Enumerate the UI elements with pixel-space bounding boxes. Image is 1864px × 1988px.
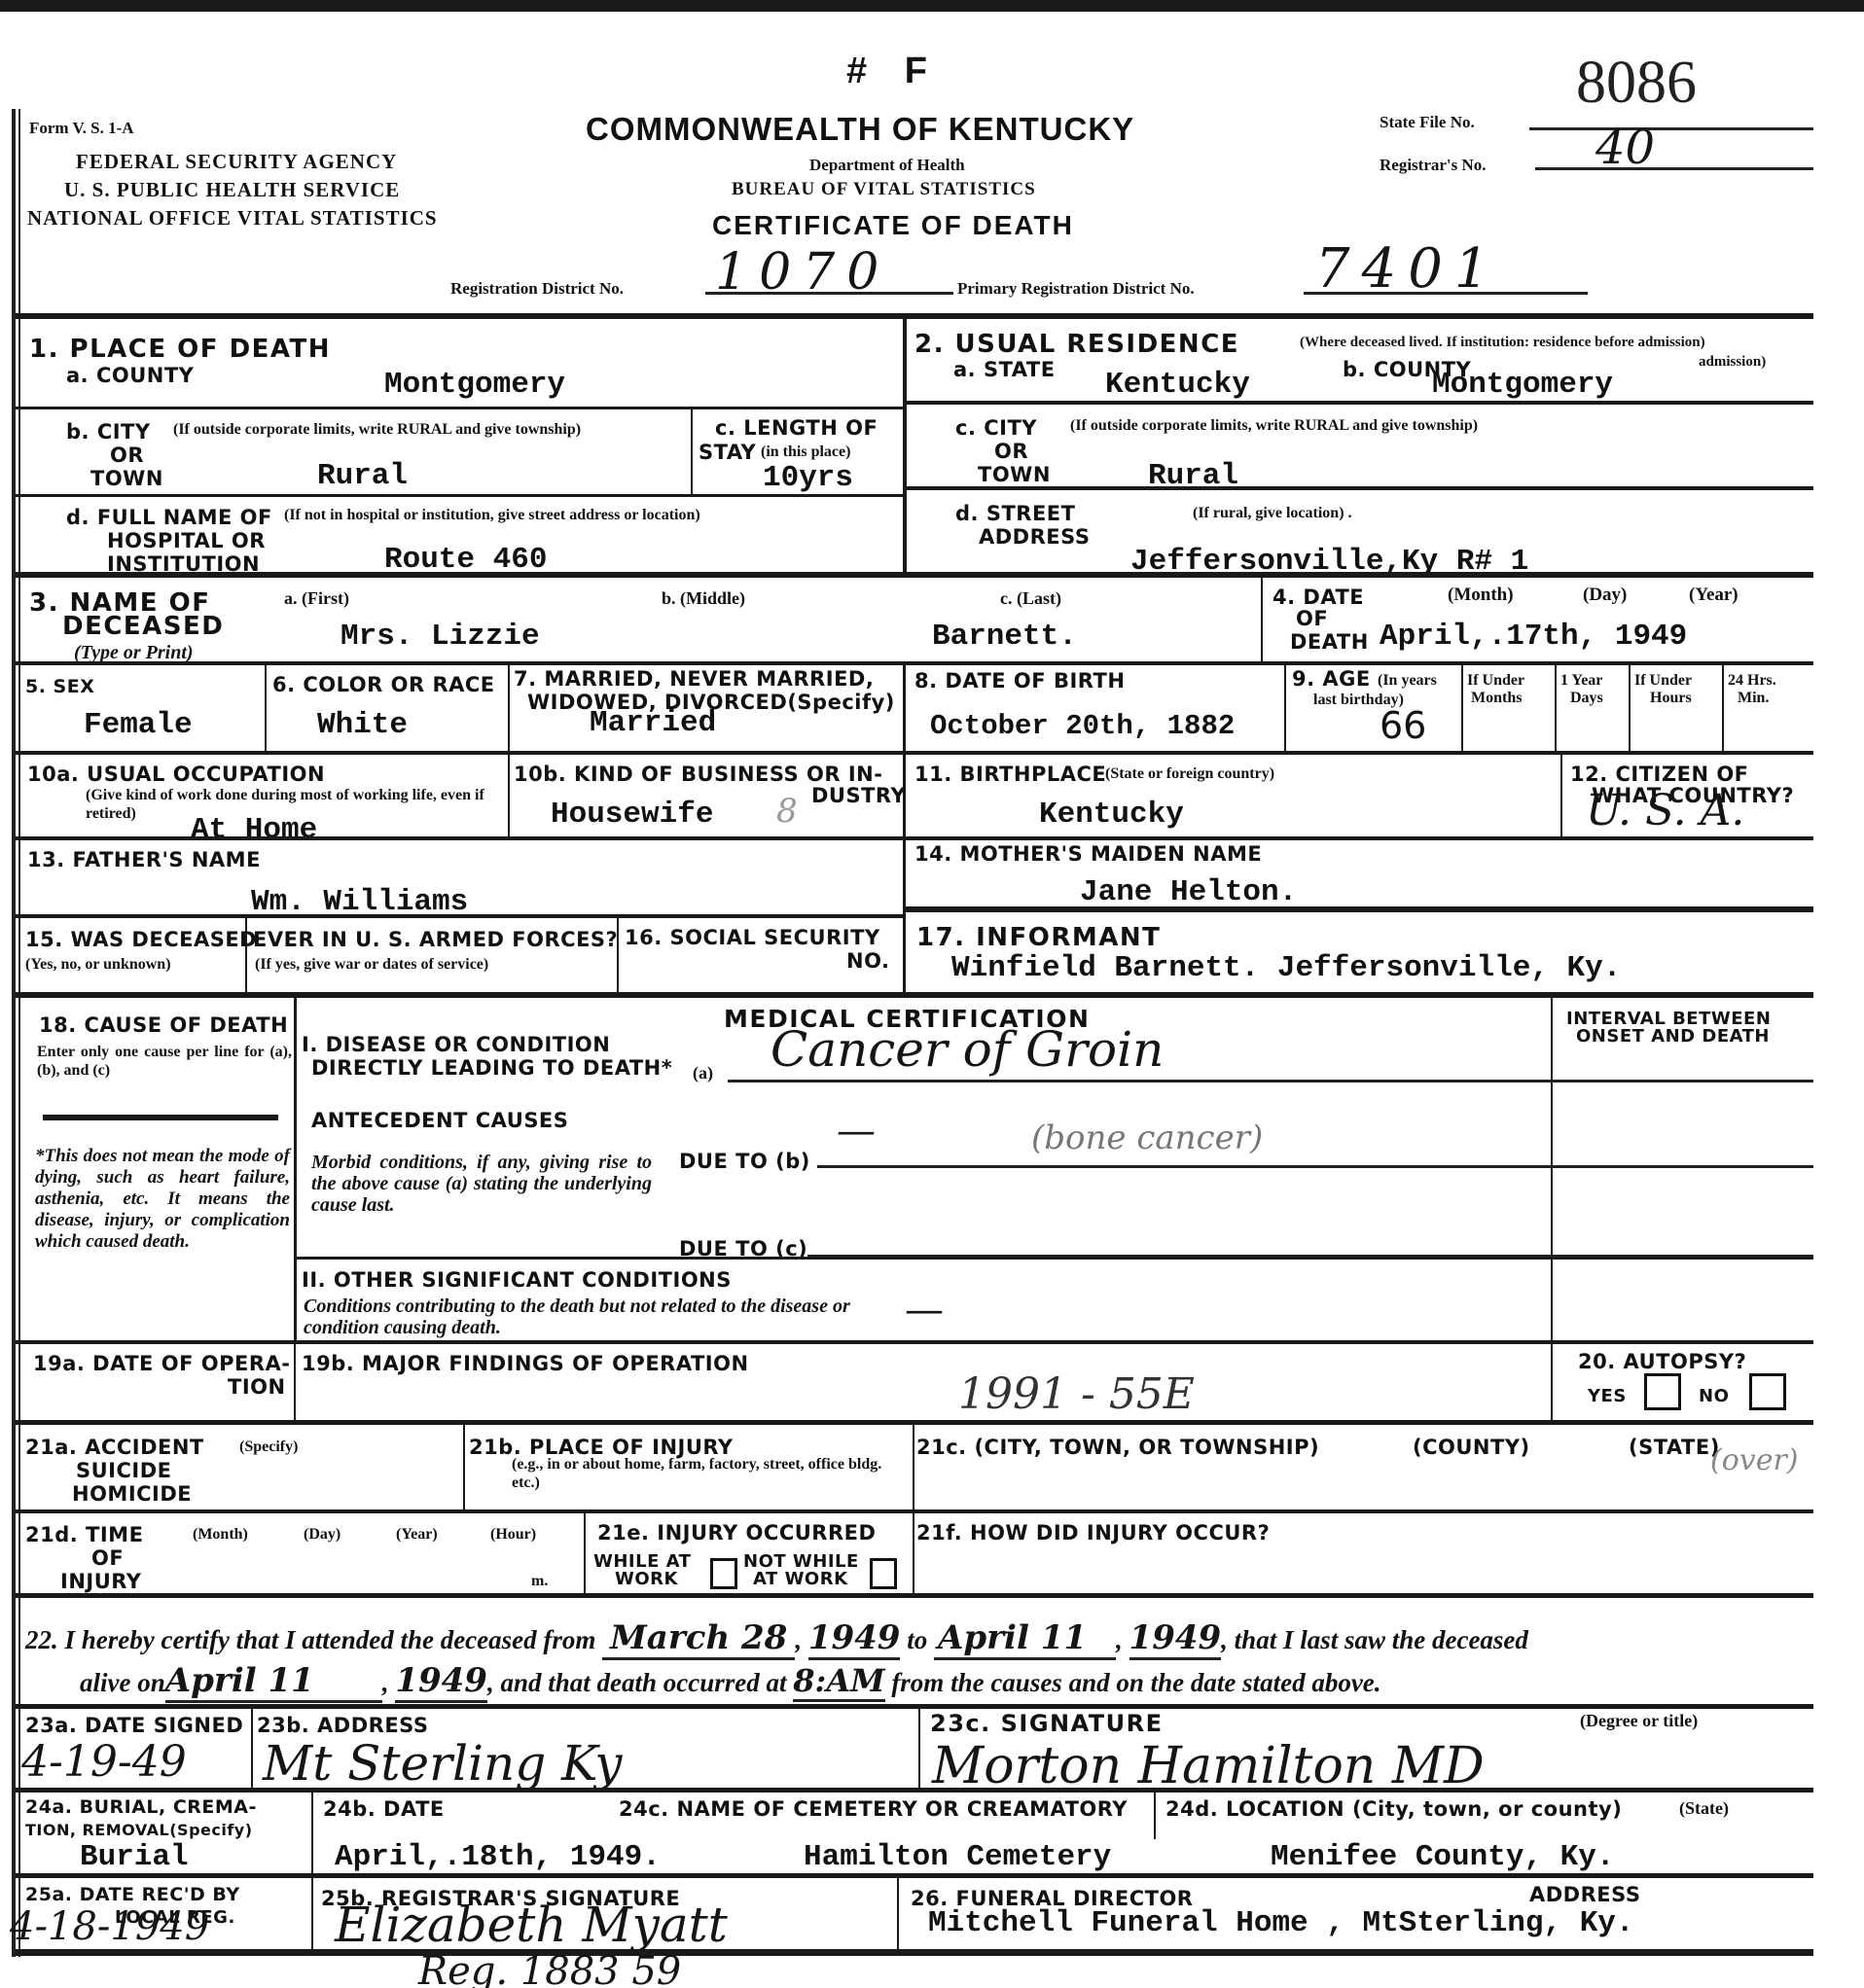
rule <box>16 1949 1813 1956</box>
op-findings-label: 19b. MAJOR FINDINGS OF OPERATION <box>302 1352 749 1375</box>
under1-days-1: 1 Year <box>1560 671 1602 690</box>
middle-name-label: b. (Middle) <box>662 589 745 608</box>
accident-label-2: SUICIDE <box>76 1459 172 1482</box>
divider <box>1154 1793 1156 1839</box>
bottom-scrawl: Reg. 1883 59 <box>418 1949 681 1988</box>
pod-city-label-3: TOWN <box>90 467 163 490</box>
under24-min-1: 24 Hrs. <box>1728 671 1776 690</box>
due-b-label: DUE TO (b) <box>679 1150 810 1173</box>
pod-city-value: Rural <box>317 459 408 493</box>
ur-street-label-1: d. STREET <box>955 502 1075 525</box>
op-date-label-1: 19a. DATE OF OPERA- <box>33 1352 290 1375</box>
divider <box>584 1513 586 1597</box>
divider <box>1560 755 1562 838</box>
op-date-label-2: TION <box>228 1375 286 1399</box>
under24-min-2: Min. <box>1738 689 1769 707</box>
date-signed-value: 4-19-49 <box>21 1737 187 1787</box>
bureau: BUREAU OF VITAL STATISTICS <box>732 179 1036 200</box>
agency-line-3: NATIONAL OFFICE VITAL STATISTICS <box>27 206 438 231</box>
pod-city-label-1: b. CITY <box>66 420 151 444</box>
ssn-label-2: NO. <box>846 949 889 973</box>
left-margin-rule-inner <box>18 109 20 1957</box>
divider <box>1551 998 1553 1344</box>
cert-alive-on: alive on <box>80 1668 165 1697</box>
burial-method-label-1: 24a. BURIAL, CREMA- <box>25 1795 257 1819</box>
injury-place-note: (e.g., in or about home, farm, factory, … <box>512 1455 909 1492</box>
birthplace-label: 11. BIRTHPLACE <box>914 763 1106 786</box>
dod-year-label: (Year) <box>1689 586 1739 604</box>
part2-note: Conditions contributing to the death but… <box>304 1296 868 1338</box>
pod-county-label: a. COUNTY <box>66 364 194 387</box>
divider <box>903 319 907 574</box>
op-findings-value: 1991 - 55E <box>958 1369 1195 1419</box>
injury-county-label: (COUNTY) <box>1413 1436 1530 1459</box>
accident-label-3: HOMICIDE <box>72 1482 192 1506</box>
ur-heading-note-admission: admission) <box>1699 353 1766 372</box>
registrar-no-underline <box>1535 167 1813 170</box>
rule <box>16 1704 1813 1709</box>
business-mark: 8 <box>776 792 798 831</box>
business-value: Housewife <box>551 798 713 832</box>
rule <box>16 407 903 409</box>
cert-year-2: 1949 <box>1129 1618 1222 1660</box>
autopsy-no-label: NO <box>1699 1385 1729 1408</box>
occupation-label: 10a. USUAL OCCUPATION <box>27 763 325 786</box>
rule <box>16 1873 1813 1878</box>
rule <box>43 1115 278 1120</box>
ur-heading-note: (Where deceased lived. If institution: r… <box>1300 334 1705 352</box>
registrar-signature: Elizabeth Myatt <box>335 1897 728 1953</box>
pod-stay-label-2: STAY <box>699 441 756 464</box>
ur-city-label-1: c. CITY <box>955 416 1037 440</box>
ur-county-value: Montgomery <box>1432 368 1613 402</box>
time-m-label: m. <box>531 1572 548 1590</box>
name-label-2: DECEASED <box>62 613 224 640</box>
last-name-label: c. (Last) <box>1000 589 1061 608</box>
armed-label-4: (If yes, give war or dates of service) <box>255 955 488 974</box>
citizen-label-1: 12. CITIZEN OF <box>1570 763 1749 786</box>
registrar-no-label: Registrar's No. <box>1380 156 1487 175</box>
under1-months-1: If Under <box>1467 671 1524 690</box>
business-label-1: 10b. KIND OF BUSINESS OR IN- <box>514 763 882 786</box>
accident-note: (Specify) <box>239 1438 298 1456</box>
divider <box>1555 665 1557 753</box>
cert-year-3: 1949 <box>395 1661 487 1703</box>
rule <box>16 1420 1813 1425</box>
autopsy-label: 20. AUTOPSY? <box>1578 1350 1746 1373</box>
divider <box>691 408 693 494</box>
age-note-1: (In years <box>1378 671 1437 690</box>
part2-label: II. OTHER SIGNIFICANT CONDITIONS <box>302 1268 732 1292</box>
time-label-2: OF <box>91 1546 124 1570</box>
divider <box>294 1344 296 1422</box>
over-note: (over) <box>1710 1443 1799 1477</box>
cod-instruction: Enter only one cause per line for (a), (… <box>37 1043 292 1080</box>
time-year-label: (Year) <box>396 1525 438 1544</box>
time-label-1: 21d. TIME <box>25 1523 143 1546</box>
divider <box>251 1709 253 1791</box>
department: Department of Health <box>809 156 965 175</box>
cert-year-1: 1949 <box>808 1618 901 1660</box>
rule <box>16 1593 1813 1598</box>
divider <box>1629 665 1631 753</box>
funeral-director-value: Mitchell Funeral Home , MtSterling, Ky. <box>928 1906 1634 1940</box>
occupation-value: At Home <box>191 813 317 847</box>
date-of-death-value: April,.17th, 1949 <box>1380 620 1687 654</box>
time-label-3: INJURY <box>60 1570 141 1593</box>
armed-label-1: 15. WAS DECEASED <box>25 928 257 951</box>
registration-district-value: 1070 <box>715 243 890 302</box>
rule <box>16 1509 1813 1513</box>
rule <box>16 914 903 918</box>
cert-text-4: from the causes and on the date stated a… <box>891 1668 1380 1697</box>
business-label-2: DUSTRY <box>811 784 906 807</box>
marital-label-1: 7. MARRIED, NEVER MARRIED, <box>514 667 874 691</box>
rule <box>16 836 1813 840</box>
primary-district-value: 7401 <box>1315 237 1501 301</box>
cert-time-of-death: 8:AM <box>793 1662 884 1702</box>
sex-value: Female <box>84 708 193 742</box>
address-value: Mt Sterling Ky <box>263 1735 623 1792</box>
burial-date-value: April,.18th, 1949. <box>335 1840 661 1874</box>
father-label: 13. FATHER'S NAME <box>27 848 261 871</box>
date-signed-label: 23a. DATE SIGNED <box>25 1714 243 1737</box>
divider <box>1284 665 1286 753</box>
mother-label: 14. MOTHER'S MAIDEN NAME <box>914 842 1262 866</box>
birthplace-note: (State or foreign country) <box>1105 764 1274 783</box>
signature-label: 23c. SIGNATURE <box>930 1710 1164 1737</box>
ur-state-value: Kentucky <box>1105 368 1250 402</box>
due-b-value: (bone cancer) <box>1031 1118 1263 1157</box>
under1-days-2: Days <box>1570 689 1603 707</box>
divider <box>1261 578 1263 663</box>
divider <box>294 998 297 1344</box>
rule <box>16 1340 1813 1344</box>
line-a-underline <box>728 1080 1813 1083</box>
divider <box>265 665 267 753</box>
rule <box>16 494 903 497</box>
cert-line-1: 22. I hereby certify that I attended the… <box>25 1618 1528 1657</box>
rule <box>16 751 1813 755</box>
top-mark: # F <box>846 51 941 92</box>
under24-hours-2: Hours <box>1650 689 1692 707</box>
time-day-label: (Day) <box>304 1525 341 1544</box>
time-hour-label: (Hour) <box>490 1525 536 1544</box>
dod-label-1: 4. DATE <box>1273 586 1364 609</box>
burial-method-label-2: TION, REMOVAL(Specify) <box>25 1819 253 1842</box>
part1-label-1: I. DISEASE OR CONDITION <box>302 1033 610 1056</box>
degree-label: (Degree or title) <box>1580 1712 1698 1730</box>
scan-top-border <box>0 0 1864 12</box>
divider <box>918 1709 920 1791</box>
cod-heading: 18. CAUSE OF DEATH <box>39 1013 288 1037</box>
line-a-value: Cancer of Groin <box>771 1021 1164 1078</box>
form-number: Form V. S. 1-A <box>29 119 134 138</box>
while-work-label-2: WORK <box>615 1570 678 1589</box>
cert-line-2: alive onApril 11, 1949, and that death o… <box>80 1661 1381 1700</box>
funeral-address-label: ADDRESS <box>1529 1883 1640 1906</box>
dod-day-label: (Day) <box>1583 586 1627 604</box>
registration-district-label: Registration District No. <box>450 279 624 299</box>
pod-city-label-2: OR <box>110 444 144 467</box>
rule <box>16 661 1813 665</box>
state-file-label: State File No. <box>1380 113 1475 132</box>
accident-label-1: 21a. ACCIDENT <box>25 1436 204 1459</box>
not-while-at-work-checkbox[interactable] <box>870 1558 897 1589</box>
divider <box>508 665 510 753</box>
last-name-value: Barnett. <box>932 620 1077 654</box>
autopsy-yes-checkbox[interactable] <box>1644 1373 1681 1410</box>
dob-label: 8. DATE OF BIRTH <box>914 669 1125 692</box>
divider <box>1722 665 1724 753</box>
rule <box>16 313 1813 319</box>
age-label: 9. AGE <box>1292 667 1371 691</box>
marital-value: Married <box>590 706 716 740</box>
under1-months-2: Months <box>1471 689 1522 707</box>
mother-value: Jane Helton. <box>1080 875 1297 909</box>
age-value: 66 <box>1380 704 1426 747</box>
race-value: White <box>317 708 408 742</box>
line-a-label: (a) <box>693 1064 713 1083</box>
state-file-stamp: 8086 <box>1576 49 1697 118</box>
date-rec-value: 4-18-1949 <box>10 1904 209 1949</box>
antecedent-note: Morbid conditions, if any, giving rise t… <box>311 1152 652 1216</box>
rule <box>16 572 1813 578</box>
cert-text-1: I hereby certify that I attended the dec… <box>65 1625 596 1654</box>
address-label: 23b. ADDRESS <box>257 1714 428 1737</box>
dob-value: October 20th, 1882 <box>930 710 1235 742</box>
cert-to-date: April 11 <box>934 1618 1116 1660</box>
citizen-value: U. S. A. <box>1586 786 1744 835</box>
dod-month-label: (Month) <box>1448 586 1514 604</box>
ur-city-label-2: OR <box>994 440 1028 463</box>
cert-number: 22. <box>25 1625 58 1654</box>
interval-label-2: ONSET AND DEATH <box>1576 1025 1770 1048</box>
divider <box>1461 665 1463 753</box>
pod-hospital-label-1: d. FULL NAME OF <box>66 506 272 529</box>
ur-city-note: (If outside corporate limits, write RURA… <box>1070 416 1478 435</box>
primary-district-label: Primary Registration District No. <box>957 279 1195 299</box>
name-note: (Type or Print) <box>74 642 194 663</box>
cod-footnote: *This does not mean the mode of dying, s… <box>35 1146 290 1253</box>
registrar-no-value: 40 <box>1595 121 1655 175</box>
pod-stay-value: 10yrs <box>763 461 853 495</box>
first-name-label: a. (First) <box>284 589 349 608</box>
while-at-work-checkbox[interactable] <box>710 1558 737 1589</box>
rule <box>903 906 1813 912</box>
cert-alive-date: April 11 <box>165 1661 382 1703</box>
occurred-label: 21e. INJURY OCCURRED <box>597 1521 876 1544</box>
left-margin-rule <box>12 109 16 1957</box>
ssn-label-1: 16. SOCIAL SECURITY <box>625 926 880 949</box>
pod-city-note: (If outside corporate limits, write RURA… <box>173 420 679 439</box>
informant-value: Winfield Barnett. Jeffersonville, Ky. <box>951 951 1621 985</box>
pod-stay-label-1: c. LENGTH OF <box>715 416 878 440</box>
burial-method-value: Burial <box>80 1840 189 1874</box>
how-label: 21f. HOW DID INJURY OCCUR? <box>916 1521 1270 1544</box>
dod-label-2: OF <box>1296 607 1328 630</box>
document-title: COMMONWEALTH OF KENTUCKY <box>586 111 1134 148</box>
cert-to-word: to <box>907 1625 927 1654</box>
place-of-death-heading: 1. PLACE OF DEATH <box>29 336 331 363</box>
pod-hospital-note: (If not in hospital or institution, give… <box>284 506 868 524</box>
under24-hours-1: If Under <box>1634 671 1692 690</box>
birthplace-value: Kentucky <box>1039 798 1184 832</box>
pod-stay-note: (in this place) <box>761 443 850 461</box>
injury-state-label: (STATE) <box>1629 1436 1720 1459</box>
physician-signature: Morton Hamilton MD <box>932 1737 1485 1795</box>
due-b-dash: — <box>837 1109 876 1154</box>
antecedent-label: ANTECEDENT CAUSES <box>311 1109 568 1132</box>
divider <box>1551 1344 1553 1422</box>
informant-label: 17. INFORMANT <box>916 924 1161 951</box>
ur-state-label: a. STATE <box>953 358 1056 381</box>
cemetery-value: Hamilton Cemetery <box>804 1840 1111 1874</box>
dod-label-3: DEATH <box>1290 630 1369 654</box>
divider <box>463 1425 465 1510</box>
due-b-underline <box>817 1165 1813 1168</box>
part2-dash: — <box>905 1288 944 1332</box>
divider <box>508 755 510 838</box>
injury-city-label: 21c. (CITY, TOWN, OR TOWNSHIP) <box>916 1436 1319 1459</box>
armed-label-2: (Yes, no, or unknown) <box>25 955 171 974</box>
agency-line-2: U. S. PUBLIC HEALTH SERVICE <box>64 178 400 202</box>
date-rec-label-1: 25a. DATE REC'D BY <box>25 1883 240 1906</box>
pod-county-value: Montgomery <box>384 368 565 402</box>
not-while-work-label-2: AT WORK <box>753 1570 848 1589</box>
divider <box>311 1793 313 1876</box>
cert-text-3: , and that death occurred at <box>487 1668 787 1697</box>
part1-label-2: DIRECTLY LEADING TO DEATH* <box>311 1056 672 1080</box>
state-file-underline <box>1529 127 1813 130</box>
divider <box>903 665 906 996</box>
burial-location-label: 24d. LOCATION (City, town, or county) <box>1165 1797 1622 1821</box>
ur-street-label-2: ADDRESS <box>979 525 1090 549</box>
pod-hospital-label-2: HOSPITAL OR <box>107 529 266 552</box>
cemetery-label: 24c. NAME OF CEMETERY OR CREAMATORY <box>619 1797 1128 1821</box>
race-label: 6. COLOR OR RACE <box>272 673 495 696</box>
ur-street-note: (If rural, give location) . <box>1193 504 1352 522</box>
burial-location-value: Menifee County, Ky. <box>1271 1840 1614 1874</box>
rule <box>16 1788 1813 1793</box>
divider <box>311 1878 313 1952</box>
cert-from-date: March 28 <box>602 1618 795 1660</box>
rule <box>907 401 1813 405</box>
autopsy-no-checkbox[interactable] <box>1749 1373 1786 1410</box>
burial-date-label: 24b. DATE <box>323 1797 445 1821</box>
burial-state-label: (State) <box>1679 1799 1729 1818</box>
divider <box>897 1878 899 1952</box>
rule <box>297 1257 1813 1260</box>
rule <box>907 486 1813 490</box>
ur-city-label-3: TOWN <box>978 463 1051 486</box>
agency-line-1: FEDERAL SECURITY AGENCY <box>76 150 397 174</box>
armed-label-3: EVER IN U. S. ARMED FORCES? <box>253 928 618 951</box>
usual-residence-heading: 2. USUAL RESIDENCE <box>914 331 1239 358</box>
autopsy-yes-label: YES <box>1588 1385 1627 1408</box>
sex-label: 5. SEX <box>25 675 94 698</box>
cert-text-2: , that I last saw the deceased <box>1221 1625 1528 1654</box>
first-name-value: Mrs. Lizzie <box>341 620 540 654</box>
certificate-title: CERTIFICATE OF DEATH <box>712 210 1074 241</box>
time-month-label: (Month) <box>193 1525 248 1544</box>
rule <box>16 992 1813 998</box>
